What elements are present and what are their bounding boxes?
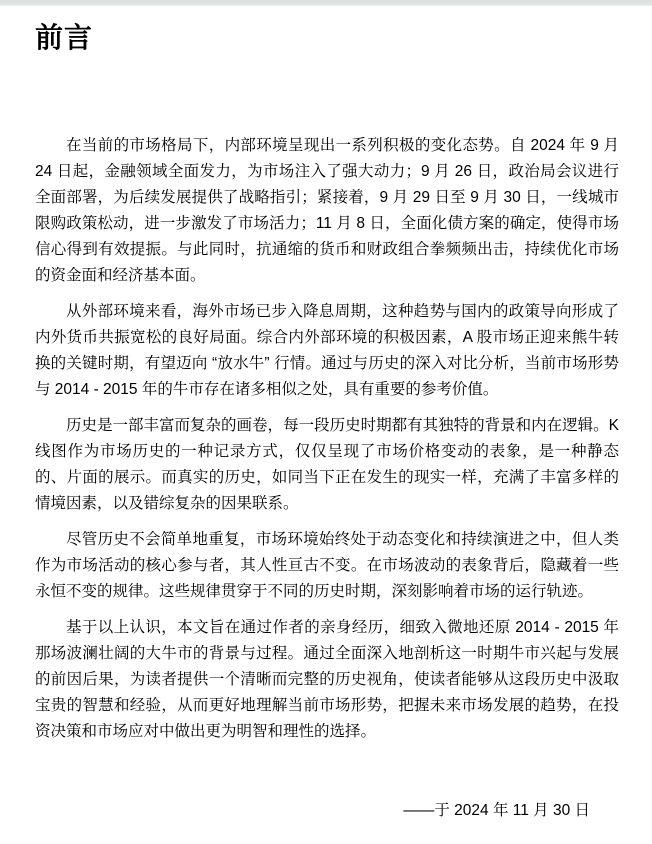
paragraph-purpose: 基于以上认识，本文旨在通过作者的亲身经历，细致入微地还原 2014 - 2015… bbox=[35, 615, 619, 745]
page-title: 前言 bbox=[35, 21, 619, 55]
viewer-top-edge bbox=[0, 0, 652, 6]
paragraph-external-environment: 从外部环境来看，海外市场已步入降息周期，这种趋势与国内的政策导向形成了内外货币共… bbox=[35, 299, 619, 403]
paragraph-internal-environment: 在当前的市场格局下，内部环境呈现出一系列积极的变化态势。自 2024 年 9 月… bbox=[35, 133, 619, 289]
document-page: 前言 在当前的市场格局下，内部环境呈现出一系列积极的变化态势。自 2024 年 … bbox=[0, 21, 652, 824]
paragraph-history-canvas: 历史是一部丰富而复杂的画卷，每一段历史时期都有其独特的背景和内在逻辑。K 线图作… bbox=[35, 413, 619, 517]
signature-date: ——于 2024 年 11 月 30 日 bbox=[35, 798, 619, 824]
paragraph-history-repeats: 尽管历史不会简单地重复，市场环境始终处于动态变化和持续演进之中，但人类作为市场活… bbox=[35, 527, 619, 605]
